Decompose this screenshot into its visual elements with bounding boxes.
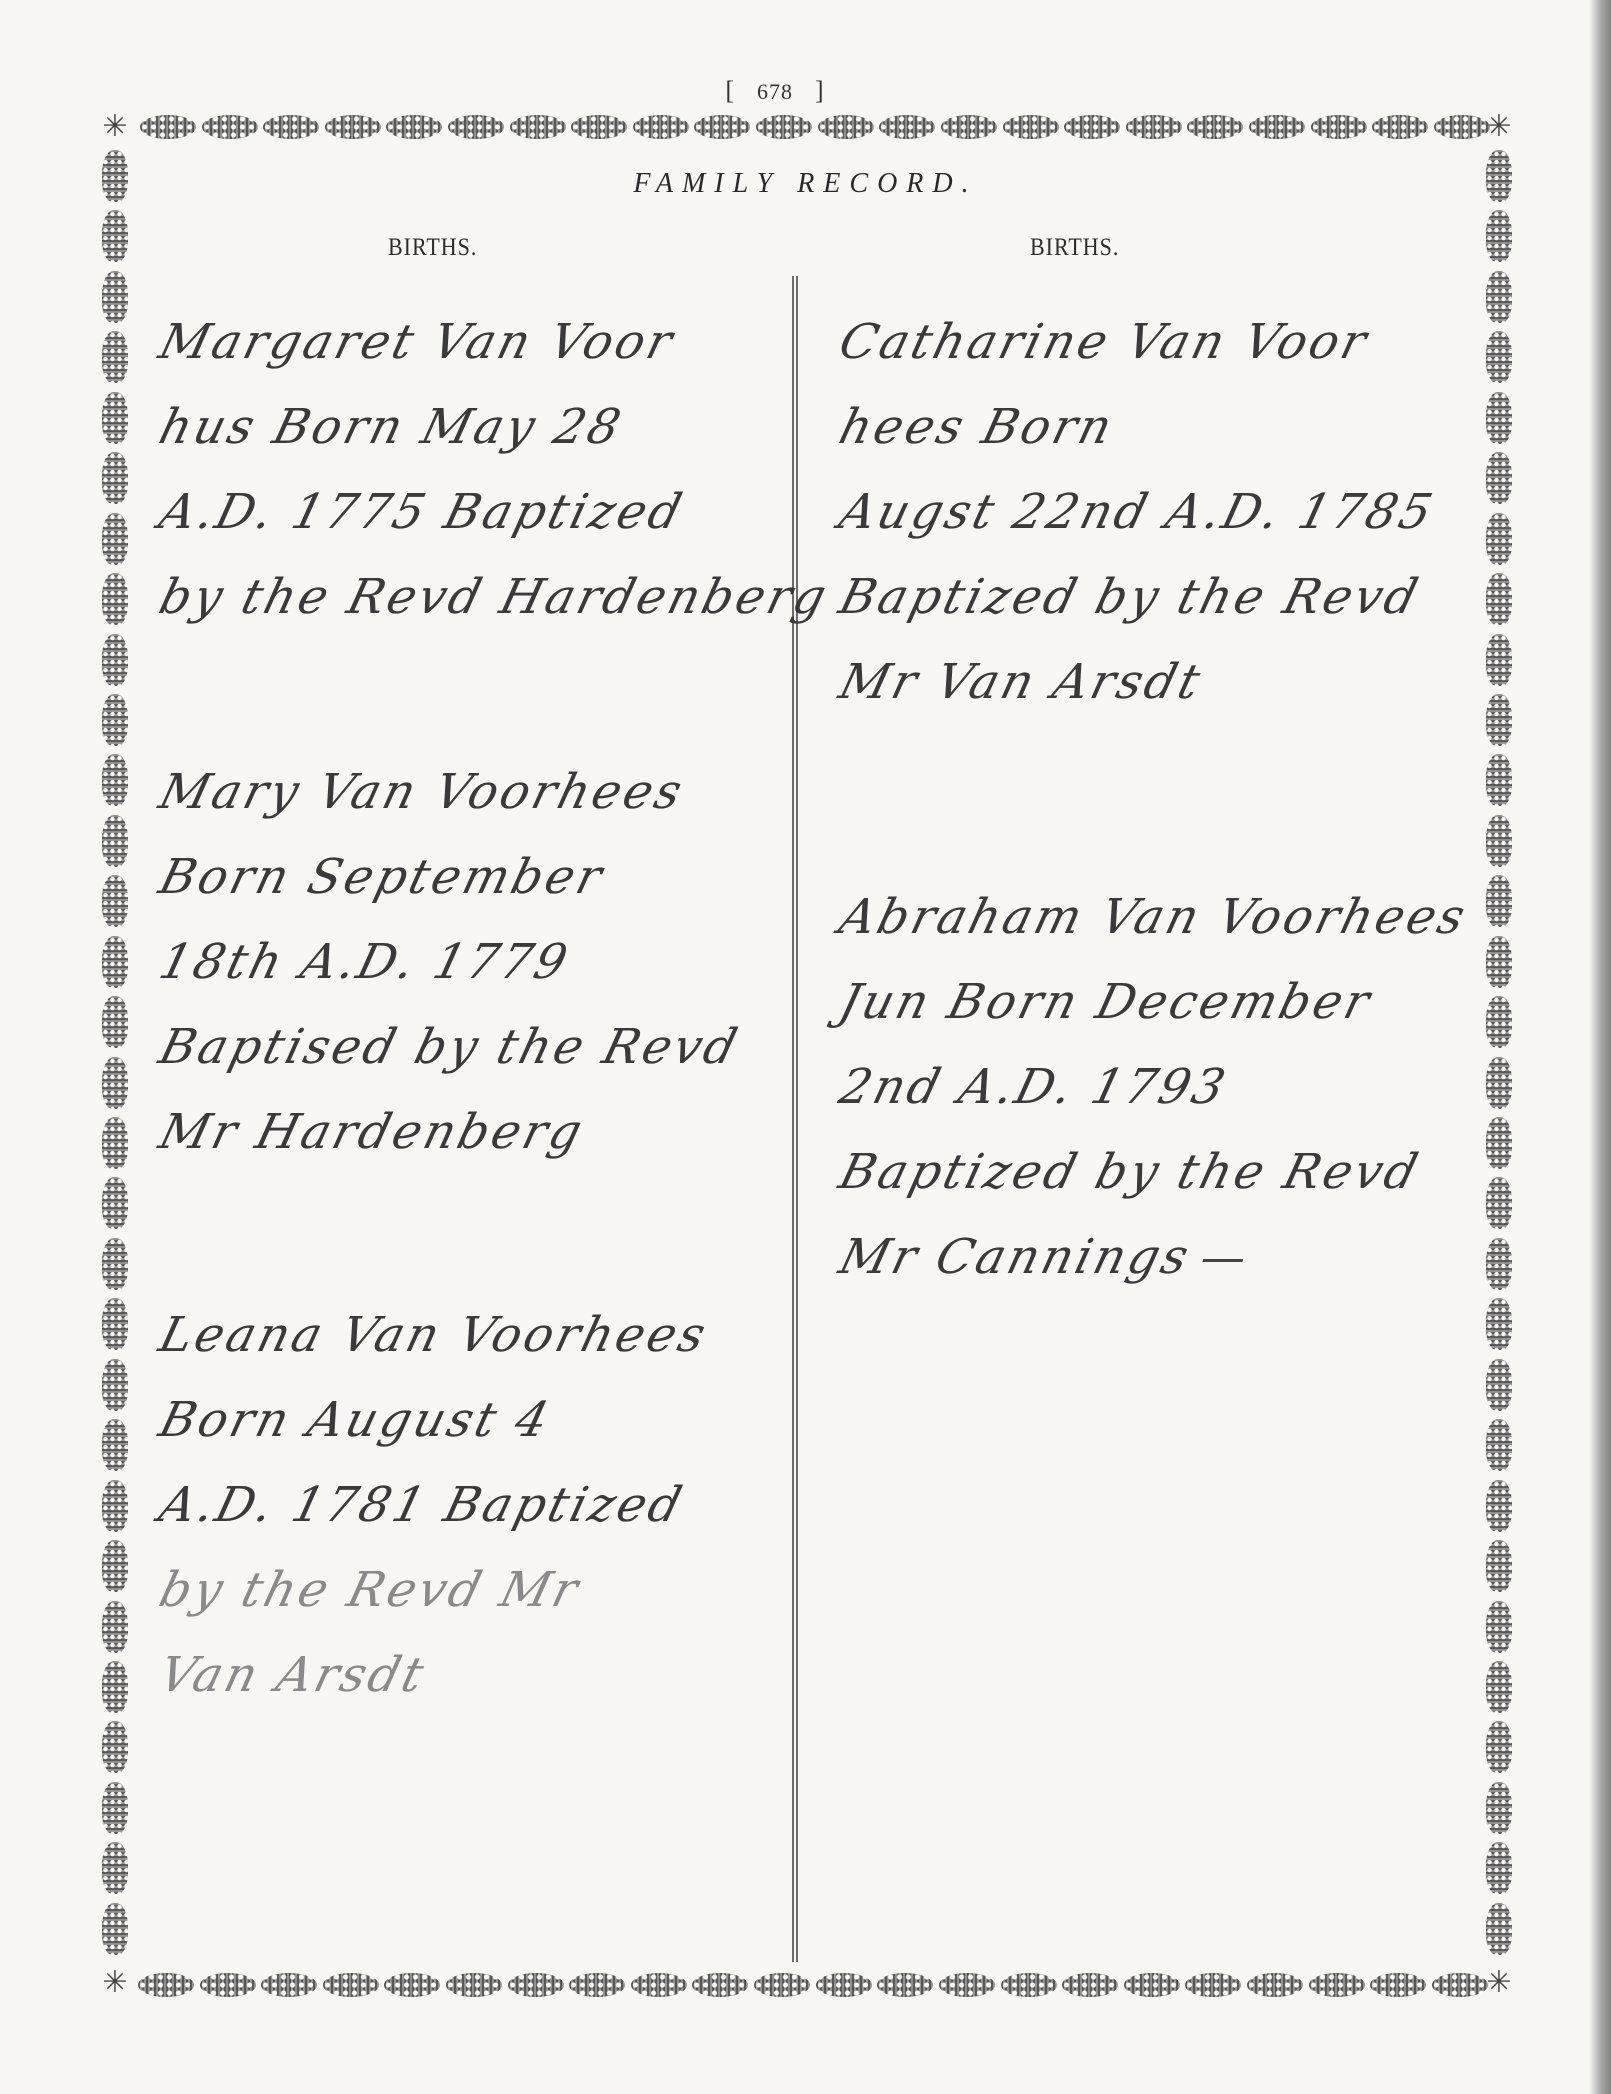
handwritten-line: hus Born May 28	[150, 385, 811, 470]
border-ornament-icon	[1185, 1973, 1241, 1997]
border-ornament-icon	[261, 1973, 317, 1997]
border-ornament-icon	[1003, 115, 1059, 139]
birth-entry-catharine: Catharine Van Voor hees Born Augst 22nd …	[830, 300, 1470, 725]
border-ornament-icon	[1124, 1973, 1180, 1997]
border-ornament-icon	[384, 1973, 440, 1997]
border-ornament-icon	[102, 1419, 128, 1471]
handwritten-line: 18th A.D. 1779	[150, 920, 811, 1005]
border-ornament-icon	[102, 513, 128, 565]
border-ornament-icon	[510, 115, 566, 139]
border-ornament-icon	[102, 815, 128, 867]
border-ornament-icon	[1126, 115, 1182, 139]
border-ornament-icon	[102, 1480, 128, 1532]
border-ornament-icon	[571, 115, 627, 139]
border-ornament-icon	[446, 1973, 502, 1997]
ornamental-border-left	[100, 150, 130, 1955]
border-ornament-icon	[694, 115, 750, 139]
border-ornament-icon	[754, 1973, 810, 1997]
ornamental-border-top	[140, 112, 1490, 142]
border-ornament-icon	[386, 115, 442, 139]
handwritten-line: Catharine Van Voor	[830, 300, 1491, 385]
births-column-left: Margaret Van Voor hus Born May 28 A.D. 1…	[150, 300, 790, 1718]
border-ornament-icon	[879, 115, 935, 139]
border-ornament-icon	[569, 1973, 625, 1997]
border-ornament-icon	[1486, 1177, 1512, 1229]
border-ornament-icon	[102, 1177, 128, 1229]
border-ornament-icon	[692, 1973, 748, 1997]
border-ornament-icon	[102, 1238, 128, 1290]
handwritten-line: Mr Cannings	[830, 1215, 1491, 1300]
border-ornament-icon	[1187, 115, 1243, 139]
corner-star-icon: ✳	[100, 112, 130, 142]
border-ornament-icon	[1001, 1973, 1057, 1997]
handwritten-line: Baptized by the Revd	[830, 1130, 1491, 1215]
border-ornament-icon	[1486, 1903, 1512, 1955]
border-ornament-icon	[1486, 210, 1512, 262]
handwritten-line: A.D. 1775 Baptized	[150, 470, 811, 555]
birth-entry-abraham: Abraham Van Voorhees Jun Born December 2…	[830, 875, 1470, 1300]
handwritten-line: Mary Van Voorhees	[150, 750, 811, 835]
birth-entry-mary: Mary Van Voorhees Born September 18th A.…	[150, 750, 790, 1175]
border-ornament-icon	[102, 1359, 128, 1411]
border-ornament-icon	[1249, 115, 1305, 139]
ornamental-border-bottom	[138, 1970, 1488, 2000]
border-ornament-icon	[1486, 1782, 1512, 1834]
handwritten-line: Abraham Van Voorhees	[830, 875, 1491, 960]
border-ornament-icon	[102, 996, 128, 1048]
border-ornament-icon	[102, 1842, 128, 1894]
corner-star-icon: ✳	[100, 1968, 130, 1998]
border-ornament-icon	[102, 1298, 128, 1350]
border-ornament-icon	[140, 115, 196, 139]
handwritten-line: Van Arsdt	[150, 1633, 811, 1718]
border-ornament-icon	[1311, 115, 1367, 139]
border-ornament-icon	[633, 115, 689, 139]
scan-edge-shadow	[1589, 0, 1611, 2094]
border-ornament-icon	[202, 115, 258, 139]
border-ornament-icon	[818, 115, 874, 139]
border-ornament-icon	[1486, 996, 1512, 1048]
handwritten-line: by the Revd Mr	[150, 1548, 811, 1633]
handwritten-line: by the Revd Hardenberg	[150, 555, 811, 640]
border-ornament-icon	[941, 115, 997, 139]
border-ornament-icon	[1372, 115, 1428, 139]
border-ornament-icon	[102, 210, 128, 262]
border-ornament-icon	[1486, 392, 1512, 444]
column-heading-right: BIRTHS.	[1030, 232, 1119, 262]
closing-dash	[1203, 1259, 1244, 1262]
border-ornament-icon	[1486, 815, 1512, 867]
border-ornament-icon	[877, 1973, 933, 1997]
border-ornament-icon	[1486, 1238, 1512, 1290]
border-ornament-icon	[1486, 1117, 1512, 1169]
border-ornament-icon	[102, 634, 128, 686]
border-ornament-icon	[1432, 1973, 1488, 1997]
border-ornament-icon	[200, 1973, 256, 1997]
border-ornament-icon	[448, 115, 504, 139]
border-ornament-icon	[102, 331, 128, 383]
border-ornament-icon	[631, 1973, 687, 1997]
border-ornament-icon	[1062, 1973, 1118, 1997]
border-ornament-icon	[1486, 1419, 1512, 1471]
handwritten-line: Born September	[150, 835, 811, 920]
border-ornament-icon	[1434, 115, 1490, 139]
corner-star-icon: ✳	[1484, 1968, 1514, 1998]
handwritten-line: Baptized by the Revd	[830, 555, 1491, 640]
border-ornament-icon	[1486, 331, 1512, 383]
border-ornament-icon	[1486, 271, 1512, 323]
border-ornament-icon	[102, 392, 128, 444]
handwritten-line: Jun Born December	[830, 960, 1491, 1045]
border-ornament-icon	[1486, 1480, 1512, 1532]
border-ornament-icon	[325, 115, 381, 139]
page-title: FAMILY RECORD.	[0, 168, 1611, 200]
border-ornament-icon	[1486, 1057, 1512, 1109]
handwritten-line: 2nd A.D. 1793	[830, 1045, 1491, 1130]
border-ornament-icon	[323, 1973, 379, 1997]
border-ornament-icon	[939, 1973, 995, 1997]
border-ornament-icon	[102, 754, 128, 806]
border-ornament-icon	[1486, 452, 1512, 504]
birth-entry-leana: Leana Van Voorhees Born August 4 A.D. 17…	[150, 1293, 790, 1718]
border-ornament-icon	[1486, 875, 1512, 927]
border-ornament-icon	[1486, 1842, 1512, 1894]
column-heading-left: BIRTHS.	[388, 232, 477, 262]
border-ornament-icon	[1486, 1721, 1512, 1773]
border-ornament-icon	[102, 573, 128, 625]
border-ornament-icon	[102, 1117, 128, 1169]
handwritten-line: Baptised by the Revd	[150, 1005, 811, 1090]
page-number: [678]	[700, 76, 850, 106]
border-ornament-icon	[1486, 1601, 1512, 1653]
border-ornament-icon	[138, 1973, 194, 1997]
border-ornament-icon	[263, 115, 319, 139]
border-ornament-icon	[102, 452, 128, 504]
border-ornament-icon	[102, 1601, 128, 1653]
border-ornament-icon	[1486, 1298, 1512, 1350]
border-ornament-icon	[1370, 1973, 1426, 1997]
border-ornament-icon	[102, 1903, 128, 1955]
border-ornament-icon	[102, 271, 128, 323]
border-ornament-icon	[1486, 1540, 1512, 1592]
border-ornament-icon	[1064, 115, 1120, 139]
border-ornament-icon	[1247, 1973, 1303, 1997]
border-ornament-icon	[102, 1721, 128, 1773]
handwritten-line: A.D. 1781 Baptized	[150, 1463, 811, 1548]
border-ornament-icon	[1486, 694, 1512, 746]
border-ornament-icon	[1486, 1661, 1512, 1713]
border-ornament-icon	[102, 936, 128, 988]
border-ornament-icon	[1486, 1359, 1512, 1411]
border-ornament-icon	[102, 1782, 128, 1834]
border-ornament-icon	[1309, 1973, 1365, 1997]
handwritten-line: Mr Hardenberg	[150, 1090, 811, 1175]
handwritten-line: Margaret Van Voor	[150, 300, 811, 385]
handwritten-line: Mr Van Arsdt	[830, 640, 1491, 725]
handwritten-line: Born August 4	[150, 1378, 811, 1463]
births-column-right: Catharine Van Voor hees Born Augst 22nd …	[830, 300, 1470, 1300]
border-ornament-icon	[508, 1973, 564, 1997]
border-ornament-icon	[756, 115, 812, 139]
border-ornament-icon	[102, 1540, 128, 1592]
handwritten-line: Leana Van Voorhees	[150, 1293, 811, 1378]
border-ornament-icon	[1486, 754, 1512, 806]
birth-entry-margaret: Margaret Van Voor hus Born May 28 A.D. 1…	[150, 300, 790, 640]
border-ornament-icon	[1486, 573, 1512, 625]
border-ornament-icon	[102, 1057, 128, 1109]
border-ornament-icon	[816, 1973, 872, 1997]
border-ornament-icon	[102, 875, 128, 927]
handwritten-line: hees Born	[830, 385, 1491, 470]
border-ornament-icon	[102, 694, 128, 746]
border-ornament-icon	[102, 1661, 128, 1713]
handwritten-line: Augst 22nd A.D. 1785	[830, 470, 1491, 555]
